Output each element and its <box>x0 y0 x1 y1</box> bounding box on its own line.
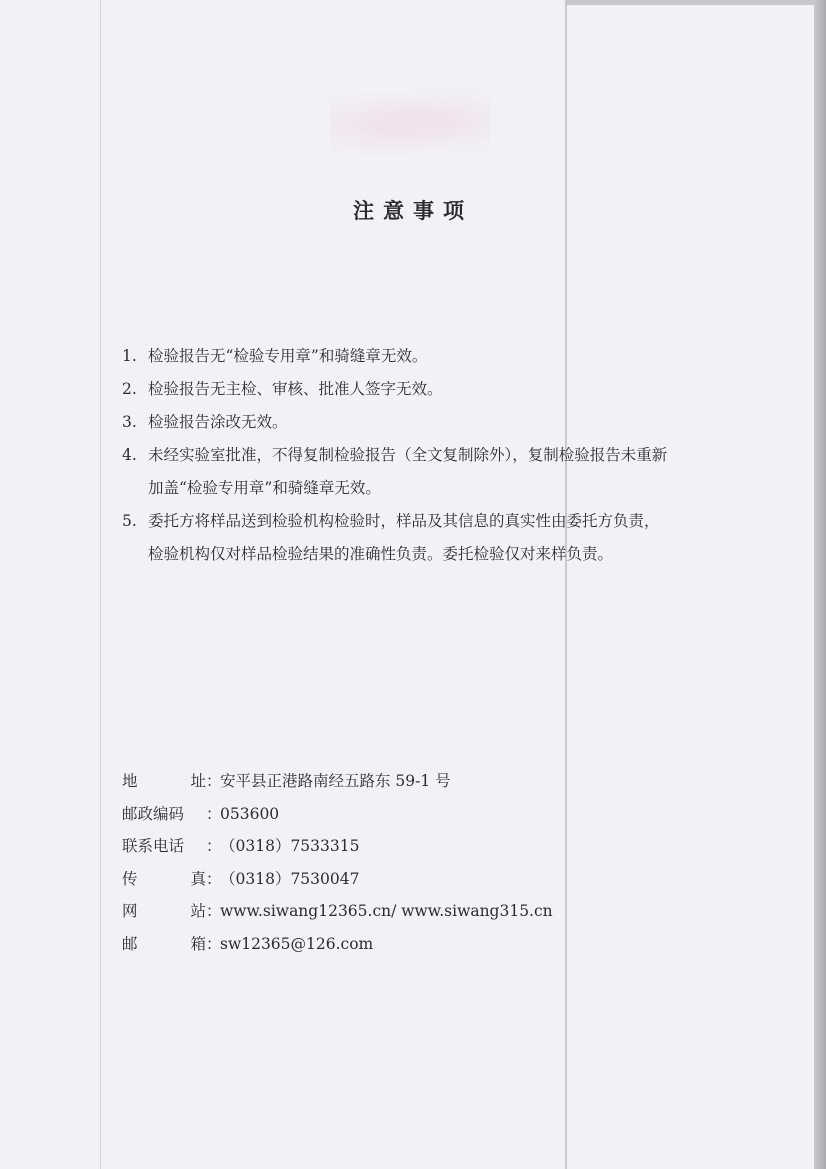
page-title: 注意事项 <box>0 195 826 225</box>
label-char: 址 <box>190 765 206 798</box>
note-item: 5. 委托方将样品送到检验机构检验时，样品及其信息的真实性由委托方负责， <box>122 505 722 538</box>
contact-website: 网 站 ： www.siwang12365.cn/ www.siwang315.… <box>122 895 553 928</box>
fold-line <box>100 0 101 1169</box>
note-text: 检验报告无“检验专用章”和骑缝章无效。 <box>148 340 722 373</box>
label-char: 地 <box>122 765 138 798</box>
note-item-continuation: 检验机构仅对样品检验结果的准确性负责。委托检验仅对来样负责。 <box>122 538 722 571</box>
note-item: 1. 检验报告无“检验专用章”和骑缝章无效。 <box>122 340 722 373</box>
note-item-continuation: 加盖“检验专用章”和骑缝章无效。 <box>122 472 722 505</box>
contact-fax: 传 真 ： （0318）7530047 <box>122 863 553 896</box>
postcode-label: 邮政编码 <box>122 798 206 831</box>
note-number: 4. <box>122 439 148 472</box>
label-char: 网 <box>122 895 138 928</box>
label-char: 邮 <box>122 928 138 961</box>
contact-email: 邮 箱 ： sw12365@126.com <box>122 928 553 961</box>
contact-phone: 联系电话 ： （0318）7533315 <box>122 830 553 863</box>
note-number: 1. <box>122 340 148 373</box>
note-number: 2. <box>122 373 148 406</box>
fold-line <box>565 0 567 1169</box>
note-text: 委托方将样品送到检验机构检验时，样品及其信息的真实性由委托方负责， <box>148 505 722 538</box>
scan-edge-shadow <box>565 0 814 5</box>
note-item: 2. 检验报告无主检、审核、批准人签字无效。 <box>122 373 722 406</box>
label-char: 站 <box>190 895 206 928</box>
scanned-page: 注意事项 1. 检验报告无“检验专用章”和骑缝章无效。 2. 检验报告无主检、审… <box>0 0 814 1169</box>
scan-edge-shadow <box>814 0 826 1169</box>
contact-postcode: 邮政编码 ： 053600 <box>122 798 553 831</box>
address-value: 安平县正港路南经五路东 59-1 号 <box>220 765 451 798</box>
note-text: 检验报告涂改无效。 <box>148 406 722 439</box>
note-text: 检验报告无主检、审核、批准人签字无效。 <box>148 373 722 406</box>
contact-info: 地 址 ： 安平县正港路南经五路东 59-1 号 邮政编码 ： 053600 联… <box>122 765 553 960</box>
website-value: www.siwang12365.cn/ www.siwang315.cn <box>220 895 553 928</box>
contact-address: 地 址 ： 安平县正港路南经五路东 59-1 号 <box>122 765 553 798</box>
label-char: 箱 <box>190 928 206 961</box>
email-value: sw12365@126.com <box>220 928 373 961</box>
postcode-value: 053600 <box>220 798 279 831</box>
note-number: 5. <box>122 505 148 538</box>
phone-value: （0318）7533315 <box>220 830 359 863</box>
label-char: 真 <box>190 863 206 896</box>
fax-value: （0318）7530047 <box>220 863 359 896</box>
note-item: 4. 未经实验室批准，不得复制检验报告（全文复制除外），复制检验报告未重新 <box>122 439 722 472</box>
note-number: 3. <box>122 406 148 439</box>
note-text: 未经实验室批准，不得复制检验报告（全文复制除外），复制检验报告未重新 <box>148 439 722 472</box>
phone-label: 联系电话 <box>122 830 206 863</box>
notes-list: 1. 检验报告无“检验专用章”和骑缝章无效。 2. 检验报告无主检、审核、批准人… <box>122 340 722 571</box>
note-item: 3. 检验报告涂改无效。 <box>122 406 722 439</box>
label-char: 传 <box>122 863 138 896</box>
note-text: 加盖“检验专用章”和骑缝章无效。 <box>148 472 722 505</box>
note-text: 检验机构仅对样品检验结果的准确性负责。委托检验仅对来样负责。 <box>148 538 722 571</box>
faint-stamp-bleed <box>330 85 490 165</box>
